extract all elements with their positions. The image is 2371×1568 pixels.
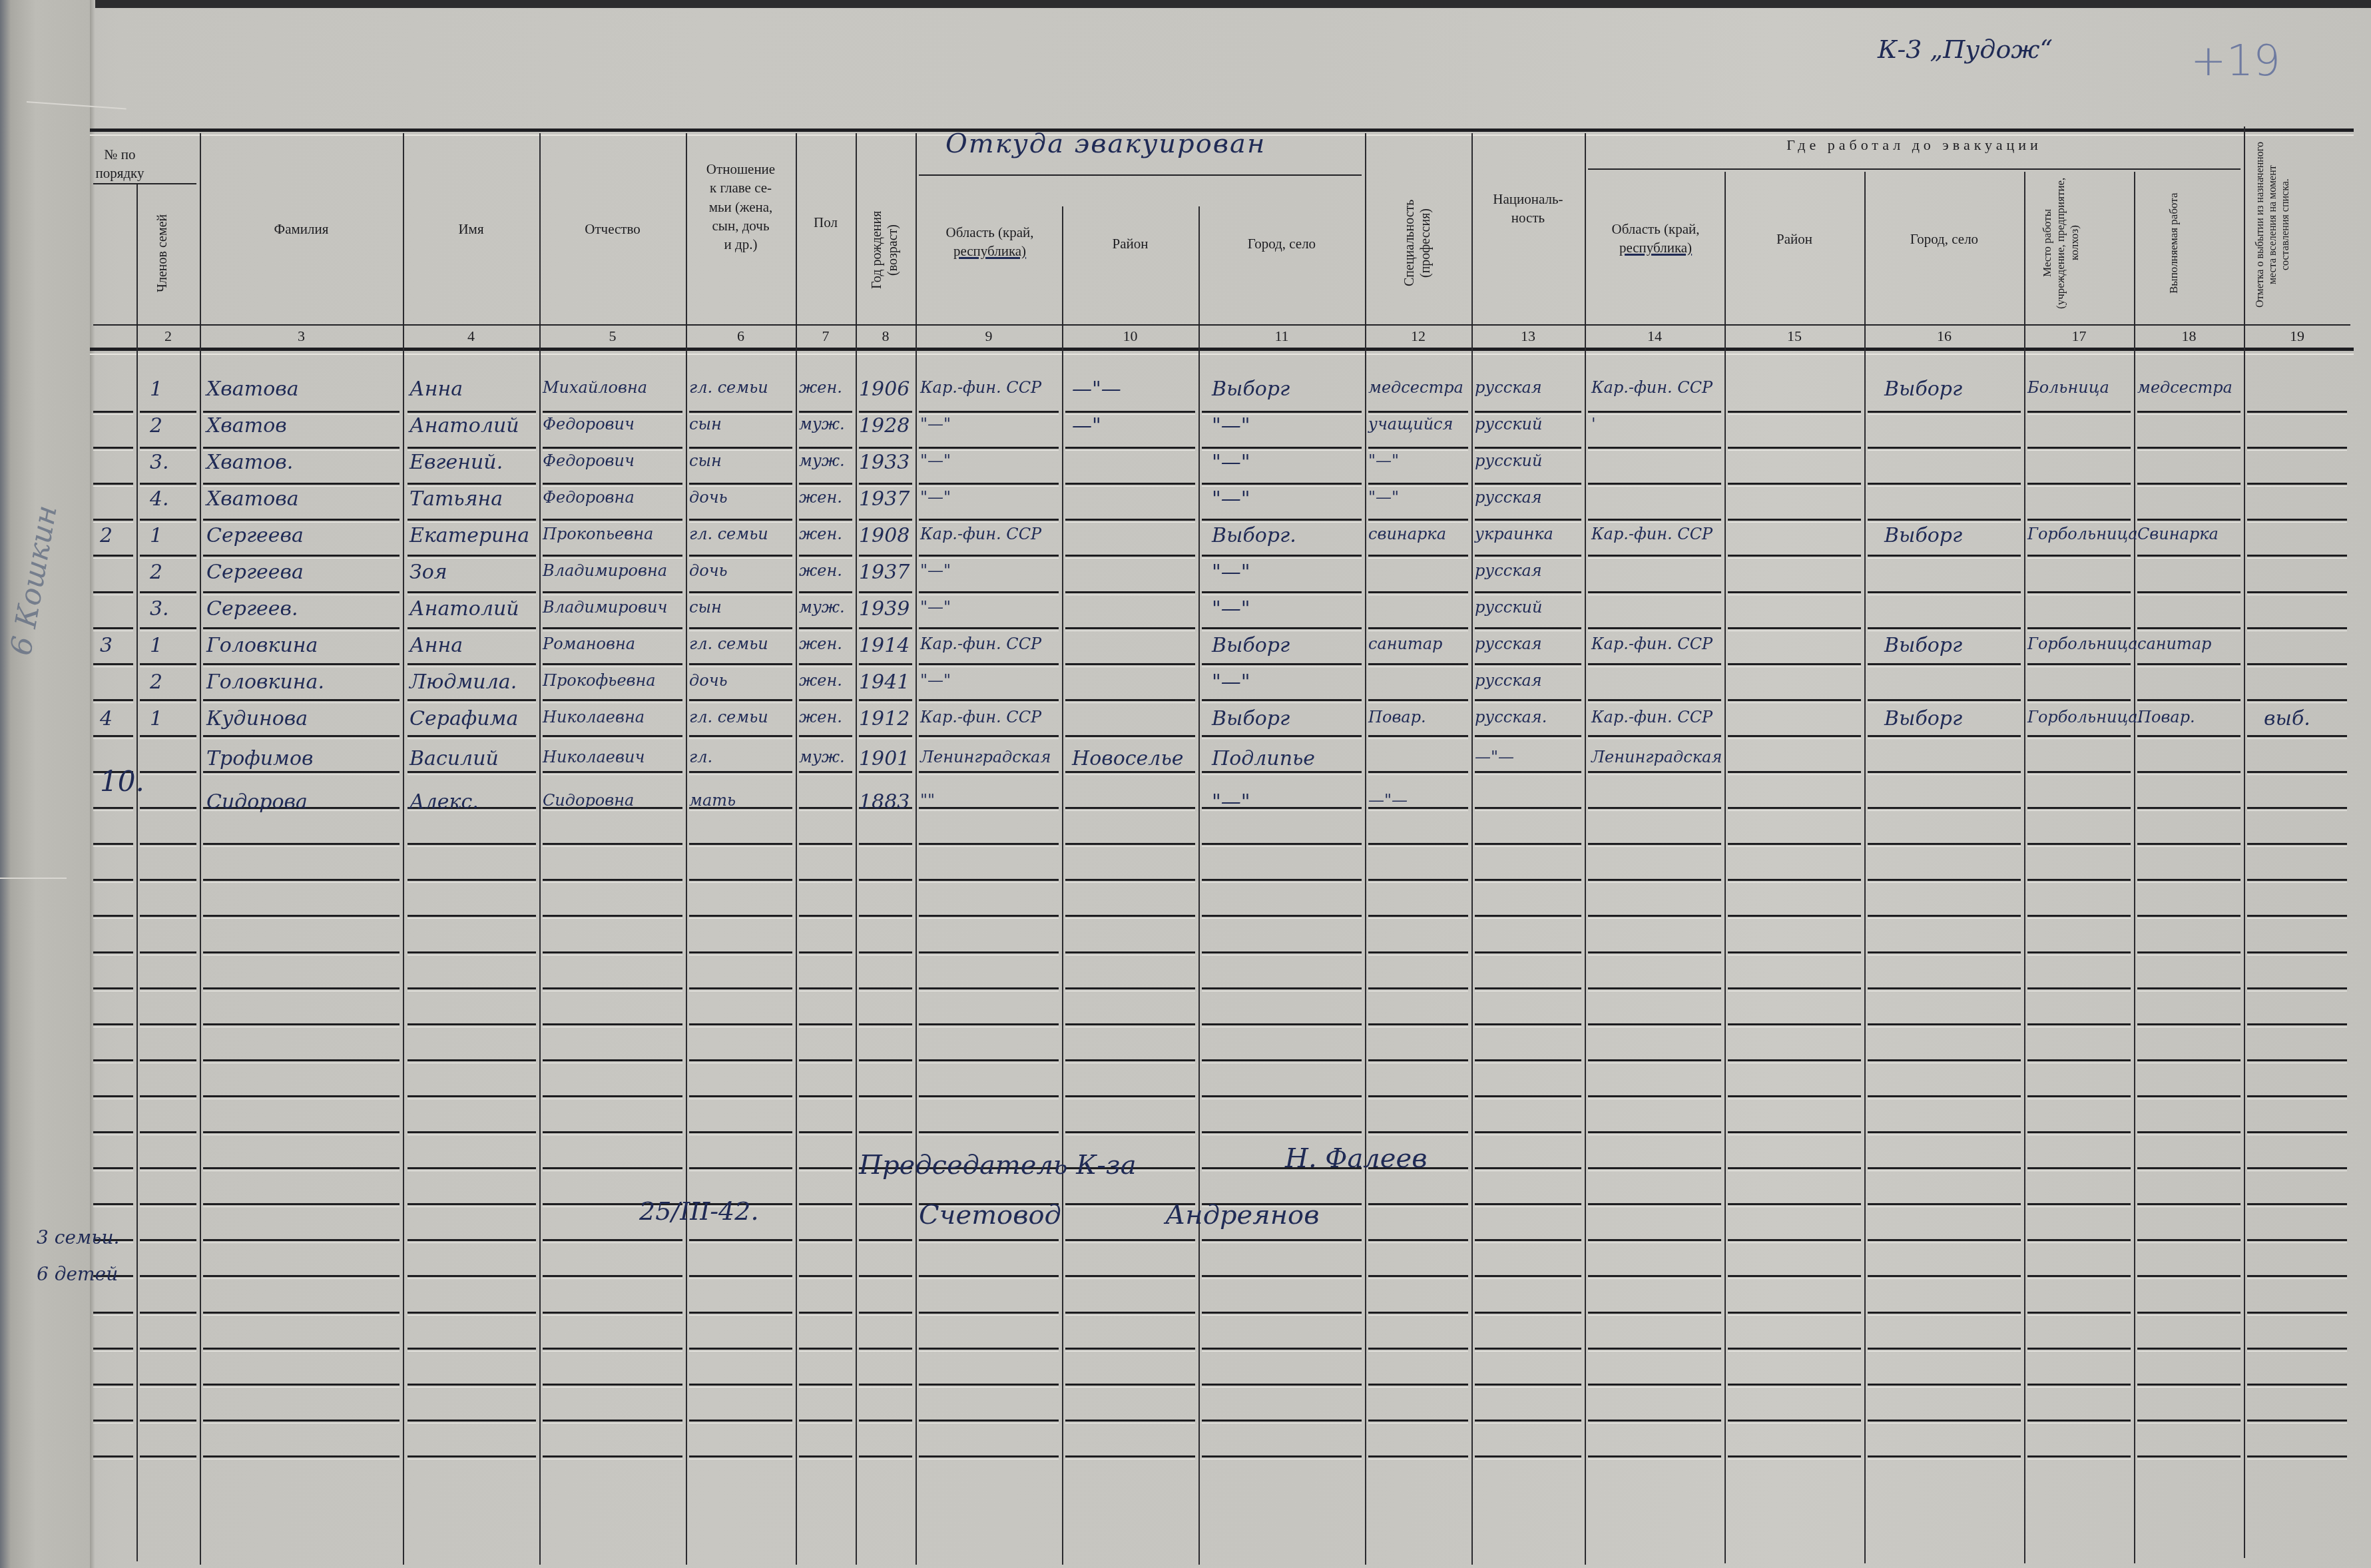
- row-underline: [859, 1312, 912, 1314]
- cell-profession: медсестра: [1368, 380, 1463, 395]
- row-underline: [1728, 555, 1861, 557]
- row-underline: [140, 807, 196, 809]
- row-underline: [1868, 1275, 2021, 1277]
- cell-sex: муж.: [799, 599, 845, 615]
- row-underline: [689, 1312, 792, 1314]
- cell-job: медсестра: [2137, 380, 2233, 395]
- row-underline: [1065, 1275, 1195, 1277]
- header-c17: Место работы (учреждение, предприятие, к…: [2041, 176, 2117, 310]
- cell-workplace: Горбольница.: [2027, 709, 2143, 725]
- row-underline: [2247, 411, 2347, 413]
- row-underline: [689, 555, 792, 557]
- accountant-label: Счетовод: [919, 1202, 1061, 1228]
- row-underline: [2247, 1023, 2347, 1025]
- cell-first-name: Анна: [409, 380, 463, 399]
- row-underline: [2137, 843, 2240, 845]
- row-underline: [689, 735, 792, 737]
- row-underline: [1868, 771, 2021, 773]
- row-underline: [1475, 1095, 1581, 1097]
- cell-from-city: "—": [1212, 453, 1250, 473]
- row-underline: [1368, 519, 1468, 521]
- cell-work-city: Выборг: [1884, 380, 1962, 399]
- col-divider: [856, 133, 857, 1565]
- row-underline: [919, 591, 1059, 593]
- row-underline: [689, 483, 792, 485]
- row-underline: [2137, 987, 2240, 989]
- row-underline: [689, 951, 792, 953]
- row-underline: [1065, 771, 1195, 773]
- row-underline: [2137, 555, 2240, 557]
- row-underline: [1475, 1348, 1581, 1350]
- cell-nationality: русская: [1475, 636, 1542, 652]
- row-underline: [1065, 555, 1195, 557]
- cell-relation: сын: [689, 416, 722, 432]
- row-underline: [203, 699, 399, 701]
- cell-patronymic: Владимирович: [543, 599, 667, 615]
- header-c6-line: Отношение: [686, 160, 796, 178]
- row-underline: [93, 735, 133, 737]
- row-underline: [2027, 555, 2131, 557]
- scan-top-edge: [0, 0, 2371, 8]
- row-underline: [1588, 771, 1721, 773]
- row-underline: [1728, 1095, 1861, 1097]
- row-underline: [1728, 1167, 1861, 1169]
- row-underline: [689, 627, 792, 629]
- cell-from-city: "—": [1212, 792, 1250, 812]
- cell-relation: мать: [689, 792, 736, 808]
- row-underline: [543, 555, 682, 557]
- row-underline: [93, 411, 133, 413]
- row-underline: [1065, 1384, 1195, 1386]
- row-underline: [1868, 411, 2021, 413]
- row-underline: [2247, 1312, 2347, 1314]
- row-underline: [919, 1455, 1059, 1457]
- row-underline: [1065, 627, 1195, 629]
- row-underline: [2027, 843, 2131, 845]
- row-underline: [2027, 1239, 2131, 1241]
- row-underline: [407, 987, 536, 989]
- row-underline: [1475, 627, 1581, 629]
- row-underline: [1368, 1203, 1468, 1205]
- row-underline: [1728, 987, 1861, 989]
- row-underline: [93, 663, 133, 665]
- row-underline: [2247, 807, 2347, 809]
- row-underline: [1475, 915, 1581, 917]
- header-c6: Отношение к главе се- мьи (жена, сын, до…: [686, 160, 796, 254]
- row-underline: [859, 1455, 912, 1457]
- from-group-header-handwritten: Откуда эвакуирован: [945, 131, 1266, 157]
- row-underline: [543, 1275, 682, 1277]
- row-underline: [1728, 1384, 1861, 1386]
- row-underline: [1728, 771, 1861, 773]
- row-underline: [2247, 555, 2347, 557]
- row-underline: [1368, 987, 1468, 989]
- row-underline: [543, 627, 682, 629]
- row-underline: [2247, 1203, 2347, 1205]
- row-underline: [1588, 915, 1721, 917]
- row-underline: [203, 483, 399, 485]
- row-underline: [1588, 951, 1721, 953]
- row-underline: [140, 771, 196, 773]
- row-underline: [2027, 519, 2131, 521]
- row-underline: [543, 1348, 682, 1350]
- row-underline: [1475, 555, 1581, 557]
- row-underline: [93, 1312, 133, 1314]
- cell-sex: муж.: [799, 749, 845, 765]
- row-underline: [689, 699, 792, 701]
- cell-from-region: Кар.-фин. ССР: [920, 709, 1041, 725]
- row-underline: [2247, 519, 2347, 521]
- colnum-rule: [93, 324, 2350, 326]
- row-underline: [407, 1275, 536, 1277]
- row-underline: [1368, 771, 1468, 773]
- page-marker-prefix: +: [2191, 37, 2227, 86]
- row-underline: [1868, 1420, 2021, 1422]
- row-underline: [543, 447, 682, 449]
- colnum-3: 3: [200, 328, 403, 345]
- header-c1-top: № по: [87, 145, 153, 164]
- row-underline: [919, 879, 1059, 881]
- row-underline: [2027, 411, 2131, 413]
- row-underline: [2137, 1023, 2240, 1025]
- binding-strip: [0, 0, 90, 1568]
- row-underline: [2027, 879, 2131, 881]
- row-underline: [1065, 447, 1195, 449]
- row-underline: [919, 807, 1059, 809]
- row-underline: [2027, 1095, 2131, 1097]
- row-underline: [543, 1384, 682, 1386]
- colnum-13: 13: [1471, 328, 1585, 345]
- row-underline: [1868, 555, 2021, 557]
- row-underline: [407, 771, 536, 773]
- row-underline: [543, 1023, 682, 1025]
- row-underline: [543, 1095, 682, 1097]
- row-underline: [1202, 519, 1362, 521]
- row-underline: [140, 735, 196, 737]
- row-underline: [2137, 735, 2240, 737]
- cell-relation: гл. семьи: [689, 380, 768, 395]
- colnum-17: 17: [2024, 328, 2134, 345]
- row-underline: [859, 519, 912, 521]
- row-underline: [2137, 627, 2240, 629]
- cell-first-name: Татьяна: [409, 489, 503, 509]
- col-divider: [1062, 206, 1063, 1565]
- top-annotation: К-3 „Пудож“: [1878, 37, 2053, 62]
- cell-nationality: русская: [1475, 672, 1542, 688]
- row-underline: [543, 987, 682, 989]
- row-underline: [1368, 1059, 1468, 1061]
- row-underline: [1202, 1023, 1362, 1025]
- cell-from-city: Выборг: [1212, 380, 1290, 399]
- cell-nationality: русский: [1475, 599, 1542, 615]
- row-underline: [2027, 951, 2131, 953]
- row-underline: [1588, 627, 1721, 629]
- cell-relation: гл. семьи: [689, 636, 768, 652]
- row-underline: [140, 1167, 196, 1169]
- row-underline: [1728, 879, 1861, 881]
- header-c19: Отметка о выбытии из назначенного места …: [2254, 136, 2347, 313]
- row-underline: [689, 411, 792, 413]
- row-underline: [2247, 1420, 2347, 1422]
- row-underline: [1368, 483, 1468, 485]
- row-underline: [689, 1131, 792, 1133]
- summary-families: 3 семьи.: [37, 1228, 119, 1247]
- row-underline: [93, 879, 133, 881]
- cell-patronymic: Прокопьевна: [543, 526, 653, 542]
- row-underline: [2247, 1167, 2347, 1169]
- cell-patronymic: Прокофьевна: [543, 672, 656, 688]
- row-underline: [1868, 1312, 2021, 1314]
- row-underline: [799, 1275, 852, 1277]
- cell-family-number: 3: [100, 636, 113, 656]
- row-underline: [407, 591, 536, 593]
- cell-sex: жен.: [799, 380, 842, 395]
- row-underline: [2247, 843, 2347, 845]
- row-underline: [1368, 1384, 1468, 1386]
- cell-from-region: "—": [920, 563, 951, 579]
- row-underline: [799, 987, 852, 989]
- row-underline: [140, 555, 196, 557]
- cell-job: санитар: [2137, 636, 2211, 652]
- colnum-9: 9: [916, 328, 1062, 345]
- row-underline: [93, 1420, 133, 1422]
- row-underline: [140, 987, 196, 989]
- row-underline: [799, 1348, 852, 1350]
- cell-member-number: 2: [150, 672, 162, 692]
- row-underline: [859, 879, 912, 881]
- row-underline: [2247, 1384, 2347, 1386]
- row-underline: [543, 519, 682, 521]
- header-c6-line: мьи (жена,: [686, 198, 796, 216]
- row-underline: [407, 1167, 536, 1169]
- row-underline: [203, 555, 399, 557]
- cell-work-city: Выборг: [1884, 709, 1962, 729]
- cell-from-city: Подлипье: [1212, 749, 1315, 769]
- cell-nationality: украинка: [1475, 526, 1553, 542]
- row-underline: [859, 663, 912, 665]
- row-underline: [1368, 1131, 1468, 1133]
- colnum-6: 6: [686, 328, 796, 345]
- row-underline: [799, 1455, 852, 1457]
- row-underline: [1728, 411, 1861, 413]
- row-underline: [1728, 1239, 1861, 1241]
- cell-from-region: Ленинградская: [920, 749, 1051, 765]
- cell-member-number: 3.: [150, 453, 169, 473]
- row-underline: [2247, 1095, 2347, 1097]
- row-underline: [1202, 771, 1362, 773]
- row-underline: [799, 519, 852, 521]
- row-underline: [203, 1420, 399, 1422]
- row-underline: [93, 1167, 133, 1169]
- row-underline: [1868, 591, 2021, 593]
- row-underline: [140, 1095, 196, 1097]
- cell-job: Свинарка: [2137, 526, 2219, 542]
- cell-from-district: —": [1072, 416, 1101, 436]
- cell-nationality: русский: [1475, 453, 1542, 469]
- row-underline: [689, 1023, 792, 1025]
- row-underline: [407, 1239, 536, 1241]
- cell-from-city: "—": [1212, 416, 1250, 436]
- row-underline: [919, 1348, 1059, 1350]
- row-underline: [919, 1059, 1059, 1061]
- row-underline: [1728, 627, 1861, 629]
- row-underline: [1368, 879, 1468, 881]
- row-underline: [689, 447, 792, 449]
- row-underline: [1368, 951, 1468, 953]
- row-underline: [1588, 699, 1721, 701]
- row-underline: [799, 1095, 852, 1097]
- row-underline: [859, 591, 912, 593]
- cell-relation: сын: [689, 453, 722, 469]
- row-underline: [1868, 447, 2021, 449]
- row-underline: [1065, 663, 1195, 665]
- row-underline: [919, 771, 1059, 773]
- row-underline: [93, 555, 133, 557]
- row-underline: [140, 699, 196, 701]
- row-underline: [689, 987, 792, 989]
- row-underline: [799, 1384, 852, 1386]
- row-underline: [1868, 1059, 2021, 1061]
- row-underline: [1588, 843, 1721, 845]
- row-underline: [1868, 879, 2021, 881]
- row-underline: [203, 1095, 399, 1097]
- row-underline: [1065, 735, 1195, 737]
- row-underline: [203, 1348, 399, 1350]
- header-c15: Район: [1724, 230, 1864, 248]
- colnum-19: 19: [2244, 328, 2350, 345]
- row-underline: [1868, 1023, 2021, 1025]
- row-underline: [2027, 1384, 2131, 1386]
- row-underline: [1202, 1239, 1362, 1241]
- row-underline: [1868, 1455, 2021, 1457]
- row-underline: [1588, 879, 1721, 881]
- row-underline: [203, 627, 399, 629]
- row-underline: [859, 627, 912, 629]
- cell-patronymic: Николаевна: [543, 709, 645, 725]
- page-marker: +19: [2191, 37, 2280, 86]
- row-underline: [859, 1023, 912, 1025]
- cell-patronymic: Романовна: [543, 636, 635, 652]
- row-underline: [2027, 771, 2131, 773]
- cell-workplace: Больница: [2027, 380, 2109, 395]
- row-underline: [689, 1348, 792, 1350]
- row-underline: [1588, 1455, 1721, 1457]
- col-divider: [796, 133, 797, 1565]
- cell-sex: жен.: [799, 526, 842, 542]
- row-underline: [799, 879, 852, 881]
- row-underline: [919, 1275, 1059, 1277]
- row-underline: [919, 735, 1059, 737]
- col-divider: [403, 133, 404, 1565]
- col-divider: [1365, 133, 1366, 1565]
- row-underline: [203, 1023, 399, 1025]
- header-c14-line: республика): [1587, 238, 1724, 257]
- row-underline: [2247, 1455, 2347, 1457]
- cell-member-number: 1: [150, 380, 162, 399]
- row-underline: [2137, 1275, 2240, 1277]
- cell-surname: Головкина: [206, 636, 318, 656]
- row-underline: [1728, 915, 1861, 917]
- row-underline: [799, 627, 852, 629]
- cell-birth-year: 1941: [859, 672, 910, 692]
- row-underline: [2027, 807, 2131, 809]
- cell-surname: Хватов: [206, 416, 287, 436]
- work-group-header: Где работал до эвакуации: [1588, 136, 2240, 154]
- row-underline: [1065, 699, 1195, 701]
- cell-birth-year: 1883: [859, 792, 910, 812]
- row-underline: [2247, 627, 2347, 629]
- cell-patronymic: Михайловна: [543, 380, 647, 395]
- row-underline: [407, 1095, 536, 1097]
- header-c14-line: Область (край,: [1587, 220, 1724, 238]
- cell-relation: гл.: [689, 749, 712, 765]
- row-underline: [919, 1095, 1059, 1097]
- cell-work-region: ': [1591, 416, 1596, 432]
- row-underline: [1728, 1275, 1861, 1277]
- row-underline: [543, 411, 682, 413]
- row-underline: [1368, 627, 1468, 629]
- header-c13: Националь- ность: [1471, 190, 1585, 228]
- row-underline: [799, 951, 852, 953]
- row-underline: [1065, 1023, 1195, 1025]
- cell-work-region: Кар.-фин. ССР: [1591, 636, 1712, 652]
- row-underline: [1475, 519, 1581, 521]
- row-underline: [543, 483, 682, 485]
- row-underline: [799, 1203, 852, 1205]
- row-underline: [689, 1275, 792, 1277]
- row-underline: [203, 1203, 399, 1205]
- row-underline: [689, 519, 792, 521]
- cell-birth-year: 1906: [859, 380, 910, 399]
- row-underline: [689, 663, 792, 665]
- row-underline: [1368, 699, 1468, 701]
- cell-first-name: Серафима: [409, 709, 518, 729]
- cell-profession: Повар.: [1368, 709, 1426, 725]
- row-underline: [1728, 699, 1861, 701]
- row-underline: [799, 1239, 852, 1241]
- chairman-label: Председатель К-за: [859, 1152, 1136, 1178]
- cell-patronymic: Федорович: [543, 416, 635, 432]
- row-underline: [2247, 1131, 2347, 1133]
- row-underline: [1368, 1239, 1468, 1241]
- row-underline: [1588, 591, 1721, 593]
- row-underline: [407, 915, 536, 917]
- row-underline: [919, 1023, 1059, 1025]
- row-underline: [1868, 627, 2021, 629]
- row-underline: [1868, 807, 2021, 809]
- binding-edge: [90, 0, 95, 1568]
- row-underline: [2027, 1312, 2131, 1314]
- row-underline: [919, 519, 1059, 521]
- row-underline: [689, 1095, 792, 1097]
- row-underline: [543, 879, 682, 881]
- row-underline: [93, 447, 133, 449]
- row-underline: [919, 411, 1059, 413]
- row-underline: [2247, 1239, 2347, 1241]
- row-underline: [1475, 735, 1581, 737]
- row-underline: [1202, 1455, 1362, 1457]
- row-underline: [2247, 951, 2347, 953]
- row-underline: [1588, 1059, 1721, 1061]
- row-underline: [1202, 951, 1362, 953]
- row-underline: [689, 1167, 792, 1169]
- row-underline: [1202, 843, 1362, 845]
- row-underline: [1588, 1312, 1721, 1314]
- row-underline: [1202, 1420, 1362, 1422]
- row-underline: [1728, 1348, 1861, 1350]
- row-underline: [2247, 915, 2347, 917]
- cell-birth-year: 1908: [859, 526, 910, 546]
